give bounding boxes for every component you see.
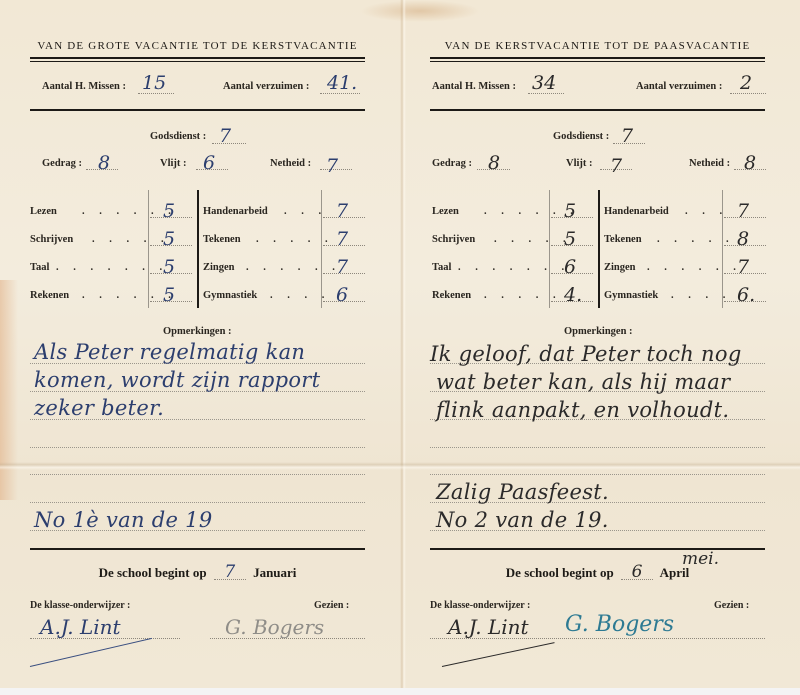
remark-handwriting: flink aanpakt, en volhoudt. — [436, 398, 729, 422]
netheid-label: Netheid : — [270, 158, 311, 169]
dot-leader: . . . — [685, 206, 728, 217]
subject-grade: 7 — [336, 256, 348, 278]
signature-flourish — [442, 642, 555, 667]
seen-label: Gezien : — [314, 600, 349, 611]
term-header: VAN DE GROTE VACANTIE TOT DE KERSTVACANT… — [30, 40, 365, 52]
report-number-handwriting: No 1è van de 19 — [34, 508, 213, 532]
subject-grade: 4. — [564, 284, 582, 306]
vlijt-label: Vlijt : — [160, 158, 187, 169]
subject-grade: 5 — [564, 200, 576, 222]
dot-leader: . . . . . — [494, 234, 572, 245]
header-double-rule — [30, 57, 365, 62]
vlijt-value: 7 — [610, 155, 622, 177]
dot-leader: . . . — [284, 206, 327, 217]
verzuimen-label: Aantal verzuimen : — [223, 81, 309, 92]
section-rule — [30, 548, 365, 550]
subject-grade: 5 — [163, 256, 175, 278]
subject-label: Schrijven — [432, 234, 475, 245]
missen-value: 34 — [532, 72, 556, 94]
subject-group-divider — [598, 190, 600, 308]
section-rule — [430, 109, 765, 111]
subject-label: Rekenen — [432, 290, 471, 301]
dot-leader: . . . . . — [92, 234, 170, 245]
dot-leader: . . . . . — [256, 234, 334, 245]
missen-value: 15 — [142, 72, 166, 94]
subject-grade: 7 — [737, 256, 749, 278]
school-begins-line: De school begint op 6 April — [430, 565, 765, 581]
subject-label: Zingen — [604, 262, 636, 273]
section-rule — [30, 109, 365, 111]
term-header: VAN DE KERSTVACANTIE TOT DE PAASVACANTIE — [430, 40, 765, 52]
vlijt-value: 6 — [203, 152, 215, 174]
verzuimen-value: 41. — [327, 72, 357, 94]
dot-leader: . . . . . . — [246, 262, 341, 273]
dot-leader: . . . . . . . — [458, 262, 570, 273]
missen-label: Aantal H. Missen : — [42, 81, 126, 92]
subject-label: Handenarbeid — [203, 206, 268, 217]
school-begins-day: 7 — [214, 565, 246, 580]
subject-label: Gymnastiek — [604, 290, 658, 301]
godsdienst-value: 7 — [219, 125, 231, 147]
school-begins-month: Januari — [253, 565, 296, 580]
subject-grade: 7 — [737, 200, 749, 222]
remark-line — [430, 447, 765, 448]
gedrag-value: 8 — [488, 152, 500, 174]
remark-line — [30, 474, 365, 475]
netheid-label: Netheid : — [689, 158, 730, 169]
school-begins-day: 6 — [621, 565, 653, 580]
subject-grade: 5 — [163, 228, 175, 250]
subject-label: Taal — [432, 262, 451, 273]
report-number-handwriting: No 2 van de 19. — [436, 508, 609, 532]
remark-handwriting: zeker beter. — [34, 396, 164, 420]
vlijt-label: Vlijt : — [566, 158, 593, 169]
teacher-signature: A.J. Lint — [448, 615, 529, 639]
dot-leader: . . . . . — [657, 234, 735, 245]
school-begins-line: De school begint op 7 Januari — [30, 565, 365, 581]
subject-grade: 5 — [163, 200, 175, 222]
headmaster-signature: G. Bogers — [565, 612, 674, 637]
remark-line — [30, 447, 365, 448]
dot-leader: . . . . — [671, 290, 731, 301]
subject-label: Lezen — [432, 206, 459, 217]
opmerkingen-label: Opmerkingen : — [163, 326, 232, 337]
teacher-signature: A.J. Lint — [40, 615, 121, 639]
subject-group-divider — [197, 190, 199, 308]
verzuimen-label: Aantal verzuimen : — [636, 81, 722, 92]
dot-leader: . . . . . . — [647, 262, 742, 273]
subject-grade: 8 — [737, 228, 749, 250]
subject-label: Rekenen — [30, 290, 69, 301]
gedrag-label: Gedrag : — [432, 158, 472, 169]
teacher-label: De klasse-onderwijzer : — [30, 600, 130, 611]
remark-handwriting: Als Peter regelmatig kan — [34, 340, 305, 364]
missen-label: Aantal H. Missen : — [432, 81, 516, 92]
netheid-value: 7 — [326, 155, 338, 177]
subject-grade: 7 — [336, 200, 348, 222]
subject-label: Tekenen — [203, 234, 241, 245]
dot-leader: . . . . . . . — [56, 262, 168, 273]
headmaster-signature: G. Bogers — [225, 615, 324, 639]
school-begins-label: De school begint op — [99, 565, 207, 580]
subject-label: Taal — [30, 262, 49, 273]
subject-label: Schrijven — [30, 234, 73, 245]
header-double-rule — [430, 57, 765, 62]
verzuimen-value: 2 — [740, 72, 752, 94]
remark-line — [430, 474, 765, 475]
school-begins-month: April — [660, 565, 690, 580]
scan-border — [0, 688, 800, 695]
right-page-second-term: VAN DE KERSTVACANTIE TOT DE PAASVACANTIE… — [400, 0, 800, 688]
subject-grade: 5 — [564, 228, 576, 250]
subject-grade: 5 — [163, 284, 175, 306]
subject-grade: 7 — [336, 228, 348, 250]
godsdienst-label: Godsdienst : — [150, 131, 206, 142]
greeting-handwriting: Zalig Paasfeest. — [436, 480, 609, 504]
subject-label: Zingen — [203, 262, 235, 273]
godsdienst-label: Godsdienst : — [553, 131, 609, 142]
subject-label: Handenarbeid — [604, 206, 669, 217]
seen-label: Gezien : — [714, 600, 749, 611]
teacher-label: De klasse-onderwijzer : — [430, 600, 530, 611]
gedrag-label: Gedrag : — [42, 158, 82, 169]
subject-grade: 6 — [336, 284, 348, 306]
remark-handwriting: Ik geloof, dat Peter toch nog — [430, 342, 742, 366]
netheid-value: 8 — [744, 152, 756, 174]
remark-line — [30, 502, 365, 503]
remark-handwriting: wat beter kan, als hij maar — [436, 370, 730, 394]
signature-flourish — [30, 638, 152, 667]
subject-label: Lezen — [30, 206, 57, 217]
godsdienst-value: 7 — [621, 125, 633, 147]
opmerkingen-label: Opmerkingen : — [564, 326, 633, 337]
remark-handwriting: komen, wordt zijn rapport — [34, 368, 320, 392]
subject-label: Gymnastiek — [203, 290, 257, 301]
subject-grade: 6 — [564, 256, 576, 278]
left-page-first-term: VAN DE GROTE VACANTIE TOT DE KERSTVACANT… — [0, 0, 400, 688]
school-begins-label: De school begint op — [506, 565, 614, 580]
dot-leader: . . . . — [270, 290, 330, 301]
subject-label: Tekenen — [604, 234, 642, 245]
subject-grade: 6. — [737, 284, 755, 306]
gedrag-value: 8 — [98, 152, 110, 174]
